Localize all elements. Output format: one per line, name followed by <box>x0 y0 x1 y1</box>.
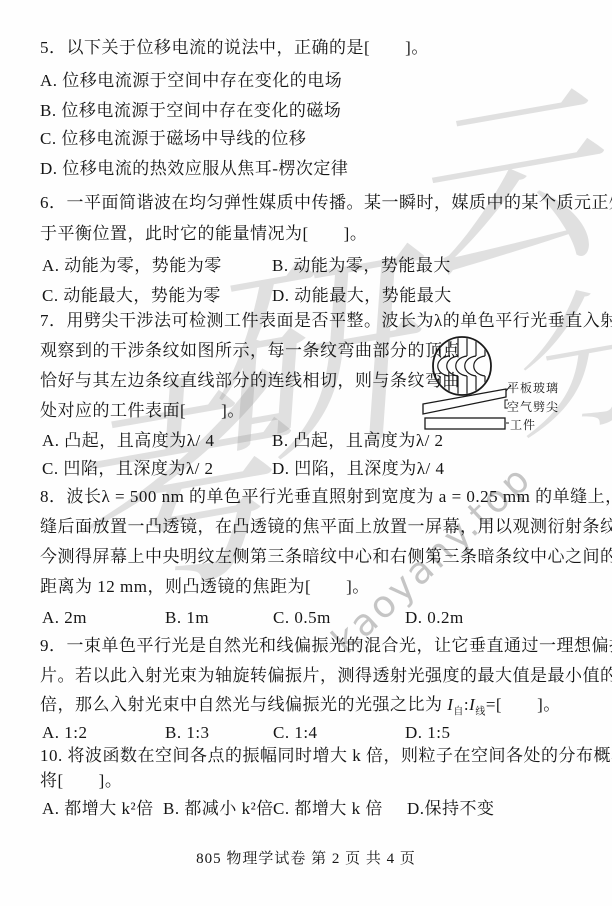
q10-option-a: A. 都增大 k²倍 <box>42 799 154 818</box>
q6-option-d: D. 动能最大，势能最大 <box>272 286 452 305</box>
q9-option-b: B. 1:3 <box>165 723 210 742</box>
q6-option-a: A. 动能为零，势能为零 <box>42 256 222 275</box>
q9-option-d: D. 1:5 <box>405 723 451 742</box>
figure-label-glass: 平板玻璃 <box>507 382 559 395</box>
q8-option-c: C. 0.5m <box>273 608 331 627</box>
fringe-circle <box>433 337 491 395</box>
figure-label-air-wedge: 空气劈尖 <box>507 401 559 414</box>
exam-content: 5．以下关于位移电流的说法中，正确的是[ ]。 A. 位移电流源于空间中存在变化… <box>0 0 612 906</box>
exam-page: 考 研 云 分 kaoyany.top 5．以下关于位移电流的说法中，正确的是[… <box>0 0 612 906</box>
q10-stem-line2: 将[ ]。 <box>40 771 122 790</box>
q9-line3-text: 倍，那么入射光束中自然光与线偏振光的光强之比为 <box>40 695 447 714</box>
q5-stem: 5．以下关于位移电流的说法中，正确的是[ ]。 <box>40 38 429 57</box>
q9-stem-line3: 倍，那么入射光束中自然光与线偏振光的光强之比为 I自:I线=[ ]。 <box>40 695 561 721</box>
q5-option-d: D. 位移电流的热效应服从焦耳-楞次定律 <box>40 159 348 178</box>
q8-stem-line1: 8．波长λ = 500 nm 的单色平行光垂直照射到宽度为 a = 0.25 m… <box>40 487 612 506</box>
glass-plate-shape <box>423 389 506 414</box>
q8-stem-line3: 今测得屏幕上中央明纹左侧第三条暗纹中心和右侧第三条暗条纹中心之间的 <box>40 547 612 566</box>
q8-stem-line4: 距离为 12 mm，则凸透镜的焦距为[ ]。 <box>40 577 370 596</box>
q6-stem-line2: 于平衡位置，此时它的能量情况为[ ]。 <box>40 224 367 243</box>
q8-option-a: A. 2m <box>42 608 87 627</box>
q6-stem-line1: 6．一平面简谐波在均匀弹性媒质中传播。某一瞬时，媒质中的某个质元正处 <box>40 193 612 212</box>
q5-option-c: C. 位移电流源于磁场中导线的位移 <box>40 129 306 148</box>
q9-line3-blank: =[ ]。 <box>486 695 561 714</box>
q7-option-a: A. 凸起，且高度为λ/ 4 <box>42 431 215 450</box>
q10-option-b: B. 都减小 k²倍 <box>163 799 274 818</box>
q9-option-a: A. 1:2 <box>42 723 88 742</box>
q10-option-d: D.保持不变 <box>407 799 495 818</box>
q9-stem-line1: 9．一束单色平行光是自然光和线偏振光的混合光，让它垂直通过一理想偏振 <box>40 636 612 655</box>
q7-stem-line2: 观察到的干涉条纹如图所示，每一条纹弯曲部分的顶点 <box>40 341 460 360</box>
q8-option-d: D. 0.2m <box>405 608 464 627</box>
q5-option-a: A. 位移电流源于空间中存在变化的电场 <box>40 71 342 90</box>
q7-option-c: C. 凹陷，且深度为λ/ 2 <box>42 459 214 478</box>
q7-stem-line3: 恰好与其左边条纹直线部分的连线相切，则与条纹弯曲 <box>40 371 460 390</box>
page-footer: 805 物理学试卷 第 2 页 共 4 页 <box>0 847 612 868</box>
q9-stem-line2: 片。若以此入射光束为轴旋转偏振片，测得透射光强度的最大值是最小值的 5 <box>40 666 612 685</box>
q9-subscript-natural: 自 <box>453 706 464 717</box>
q5-option-b: B. 位移电流源于空间中存在变化的磁场 <box>40 101 341 120</box>
q9-option-c: C. 1:4 <box>273 723 318 742</box>
q10-option-c: C. 都增大 k 倍 <box>273 799 383 818</box>
q6-option-c: C. 动能最大，势能为零 <box>42 286 221 305</box>
figure-label-workpiece: 工件 <box>510 419 536 432</box>
q6-option-b: B. 动能为零，势能最大 <box>272 256 451 275</box>
workpiece-shape <box>425 418 505 429</box>
q9-subscript-linear: 线 <box>475 706 486 717</box>
q7-option-d: D. 凹陷，且深度为λ/ 4 <box>272 459 445 478</box>
q8-option-b: B. 1m <box>165 608 209 627</box>
q7-stem-line4: 处对应的工件表面[ ]。 <box>40 401 245 420</box>
q10-stem-line1: 10. 将波函数在空间各点的振幅同时增大 k 倍，则粒子在空间各处的分布概率 <box>40 746 612 765</box>
q8-stem-line2: 缝后面放置一凸透镜，在凸透镜的焦平面上放置一屏幕，用以观测衍射条纹。 <box>40 517 612 536</box>
